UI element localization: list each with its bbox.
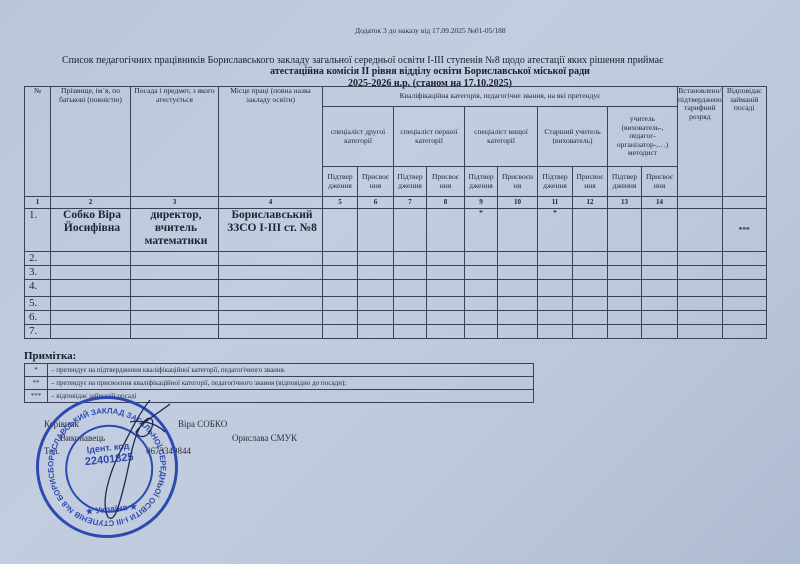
table-row: 2. [25,252,767,266]
head-name: Віра СОБКО [178,419,227,429]
executor-name: Орислава СМУК [232,433,297,443]
cell-c13 [608,209,642,252]
sub-confirm: Підтвер дження [608,167,642,197]
sub-assign: Присвоє ння [642,167,678,197]
column-number: 6 [358,197,394,209]
table-row: 4. [25,280,767,297]
header-tariff: Встановлено/ підтверджено тарифний розря… [678,87,723,197]
cell-c14 [642,209,678,252]
column-number: 9 [465,197,498,209]
row-number: 2. [25,252,51,266]
cell-c10 [498,209,538,252]
column-number [678,197,723,209]
header-category-first: спеціаліст першої категорії [394,107,465,167]
cell-c6 [358,209,394,252]
cell-c9: * [465,209,498,252]
employee-position: директор, вчитель математики [131,209,219,252]
row-number: 4. [25,280,51,297]
header-category-second: спеціаліст другої категорії [323,107,394,167]
sub-assign: Присвоєн ня [498,167,538,197]
note-mark: ** [25,377,48,390]
header-matches-position: Відповідає займаній посаді [722,87,766,197]
column-number [722,197,766,209]
row-number: 7. [25,325,51,339]
column-number: 12 [573,197,608,209]
cell-c12 [573,209,608,252]
cell-c11: * [538,209,573,252]
document-title: Список педагогічних працівників Борислав… [62,55,762,66]
sub-assign: Присвоє ння [573,167,608,197]
sub-assign: Присвоє ння [427,167,465,197]
annex-note: Додаток 3 до наказу від 17.09.2025 №01-0… [355,26,506,35]
row-number: 6. [25,311,51,325]
table-row: 7. [25,325,767,339]
header-qualification-group: Кваліфікаційна категорія, педагогічне зв… [323,87,678,107]
header-position: Посада і предмет, з якого атестується [131,87,219,197]
column-number: 11 [538,197,573,209]
sub-assign: Присвоє ння [358,167,394,197]
header-category-highest: спеціаліст вищої категорії [465,107,538,167]
note-item: ** – претендує на присвоєння кваліфікаці… [25,377,534,390]
column-number: 2 [51,197,131,209]
column-number: 13 [608,197,642,209]
cell-c7 [394,209,427,252]
sub-confirm: Підтвер дження [394,167,427,197]
sub-confirm: Підтвер дження [465,167,498,197]
table-row: 6. [25,311,767,325]
column-number: 14 [642,197,678,209]
table-row: 1. Собко Віра Йосифівна директор, вчител… [25,209,767,252]
note-text: – претендує на присвоєння кваліфікаційно… [48,377,534,390]
cell-c8 [427,209,465,252]
column-number: 5 [323,197,358,209]
sub-confirm: Підтвер дження [323,167,358,197]
document-subtitle: атестаційна комісія ІІ рівня відділу осв… [0,66,800,77]
column-number: 7 [394,197,427,209]
column-number: 8 [427,197,465,209]
header-workplace: Місце праці (повна назва закладу освіти) [219,87,323,197]
cell-c5 [323,209,358,252]
table-row: 5. [25,297,767,311]
column-number: 3 [131,197,219,209]
header-senior-teacher: Старший учитель (вихователь) [538,107,608,167]
note-mark: * [25,364,48,377]
header-teacher-methodist: учитель (вихователь-, педагог-організато… [608,107,678,167]
header-name: Прізвище, ім`я, по батькові (повністю) [51,87,131,197]
note-text: – претендує на підтвердження кваліфікаці… [48,364,534,377]
row-number: 3. [25,266,51,280]
employee-name: Собко Віра Йосифівна [51,209,131,252]
row-number: 5. [25,297,51,311]
header-no: № [25,87,51,197]
row-number: 1. [25,209,51,252]
attestation-table: № Прізвище, ім`я, по батькові (повністю)… [24,86,767,339]
column-number: 4 [219,197,323,209]
note-mark: *** [25,390,48,403]
table-row: 3. [25,266,767,280]
column-number: 10 [498,197,538,209]
cell-tariff [678,209,723,252]
notes-title: Примітка: [24,350,76,362]
cell-matches-position: *** [722,209,766,252]
sub-confirm: Підтвер дження [538,167,573,197]
employee-workplace: Бориславський ЗЗСО І-ІІІ ст. №8 [219,209,323,252]
column-number: 1 [25,197,51,209]
note-item: * – претендує на підтвердження кваліфіка… [25,364,534,377]
column-numbers-row: 1 2 3 4 5 6 7 8 9 10 11 12 13 14 [25,197,767,209]
handwritten-signature-icon [70,392,180,532]
